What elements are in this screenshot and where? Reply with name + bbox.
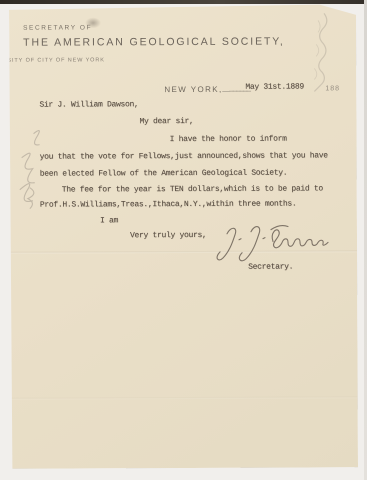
letterhead-society-name: THE AMERICAN GEOLOGICAL SOCIETY, — [23, 35, 367, 49]
letterhead-secretary-of: SECRETARY OF — [23, 23, 367, 32]
body-line: been elected Fellow of the American Geol… — [40, 169, 288, 179]
paper-fold-line — [11, 396, 358, 400]
letterhead-university-line: UNIVERSITY OF CITY OF NEW YORK — [0, 56, 328, 64]
body-line: I am — [100, 216, 118, 225]
body-line: I have the honor to inform — [170, 135, 287, 145]
dateline-typed-date: May 31st.1889 — [245, 82, 304, 91]
closing-line: Very truly yours, — [130, 231, 207, 240]
recipient-line: Sir J. William Dawson, — [39, 100, 138, 109]
letter-paper: SECRETARY OF THE AMERICAN GEOLOGICAL SOC… — [9, 4, 358, 469]
dateline-place: NEW YORK, — [164, 85, 222, 94]
body-line: The fee for the year is TEN dollars,whic… — [62, 184, 323, 194]
body-line: Prof.H.S.Williams,Treas.,Ithaca,N.Y.,wit… — [40, 200, 297, 210]
signature-title: Secretary. — [248, 263, 293, 272]
body-line: you that the vote for Fellows,just annou… — [40, 151, 328, 161]
dateline: NEW YORK, ________ May 31st.1889 188 — [9, 82, 356, 84]
scan-edge-strip — [0, 0, 367, 4]
salutation-line: My dear sir, — [139, 117, 193, 126]
scanned-letter-page: { "letterhead": { "line1": "SECRETARY OF… — [0, 0, 367, 480]
dateline-printed-year: 188 — [325, 85, 340, 92]
